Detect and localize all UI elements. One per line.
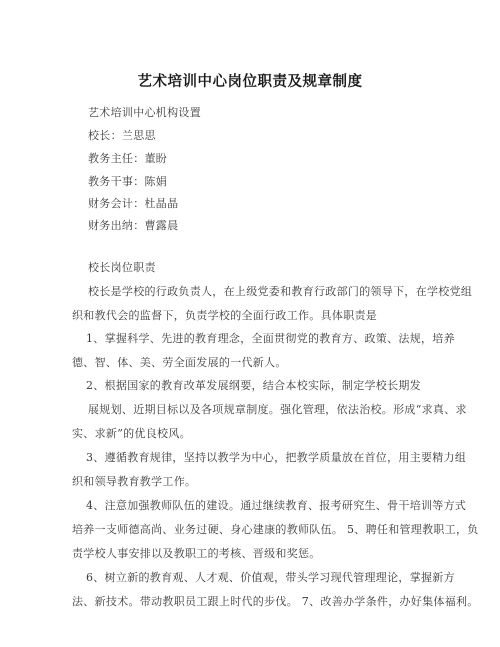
paragraph-line: 法、新技术。带动教职员工跟上时代的步伐。 7、改善办学条件，办好集体福利。	[72, 593, 479, 609]
paragraph-line: 2、根据国家的教育改革发展纲要，结合本校实际，制定学校长期发	[86, 377, 421, 393]
paragraph-line: 4、注意加强教师队伍的建设。通过继续教育、报考研究生、骨干培训等方式	[86, 497, 466, 513]
paragraph-line: 校长是学校的行政负责人，在上级党委和教育行政部门的领导下，在学校党组	[88, 283, 472, 299]
paragraph-line: 1、掌握科学、先进的教育理念，全面贯彻党的教育方、政策、法规，培养	[86, 330, 455, 346]
document-title: 艺术培训中心岗位职责及规章制度	[0, 70, 500, 91]
org-member: 校长：兰思思	[88, 127, 156, 143]
paragraph-line: 培养一支师德高尚、业务过硬、身心建康的教师队伍。 5、聘任和管理教职工，负	[72, 521, 479, 537]
org-member: 教务主任：董盼	[88, 150, 167, 166]
paragraph-line: 织和领导教育教学工作。	[72, 473, 196, 489]
paragraph-line: 6、树立新的教育观、人才观、价值观，带头学习现代管理理论，掌握新方	[86, 569, 455, 585]
paragraph-line: 德、智、体、美、劳全面发展的一代新人。	[72, 354, 287, 370]
org-heading: 艺术培训中心机构设置	[88, 104, 201, 120]
paragraph-line: 展规划、近期目标以及各项规章制度。强化管理，依法治校。形成“求真、求	[88, 401, 467, 417]
paragraph-line: 3、遵循教育规律，坚持以教学为中心，把教学质量放在首位，用主要精力组	[86, 449, 466, 465]
paragraph-line: 织和教代会的监督下，负责学校的全面行政工作。具体职责是	[72, 307, 377, 323]
principal-heading: 校长岗位职责	[88, 259, 156, 275]
paragraph-line: 责学校人事安排以及教职工的考核、晋级和奖惩。	[72, 545, 321, 561]
org-member: 财务会计：杜晶晶	[88, 195, 178, 211]
org-member: 教务干事：陈娟	[88, 173, 167, 189]
org-member: 财务出纳：曹露晨	[88, 217, 178, 233]
paragraph-line: 实、求新”的优良校风。	[72, 425, 191, 441]
